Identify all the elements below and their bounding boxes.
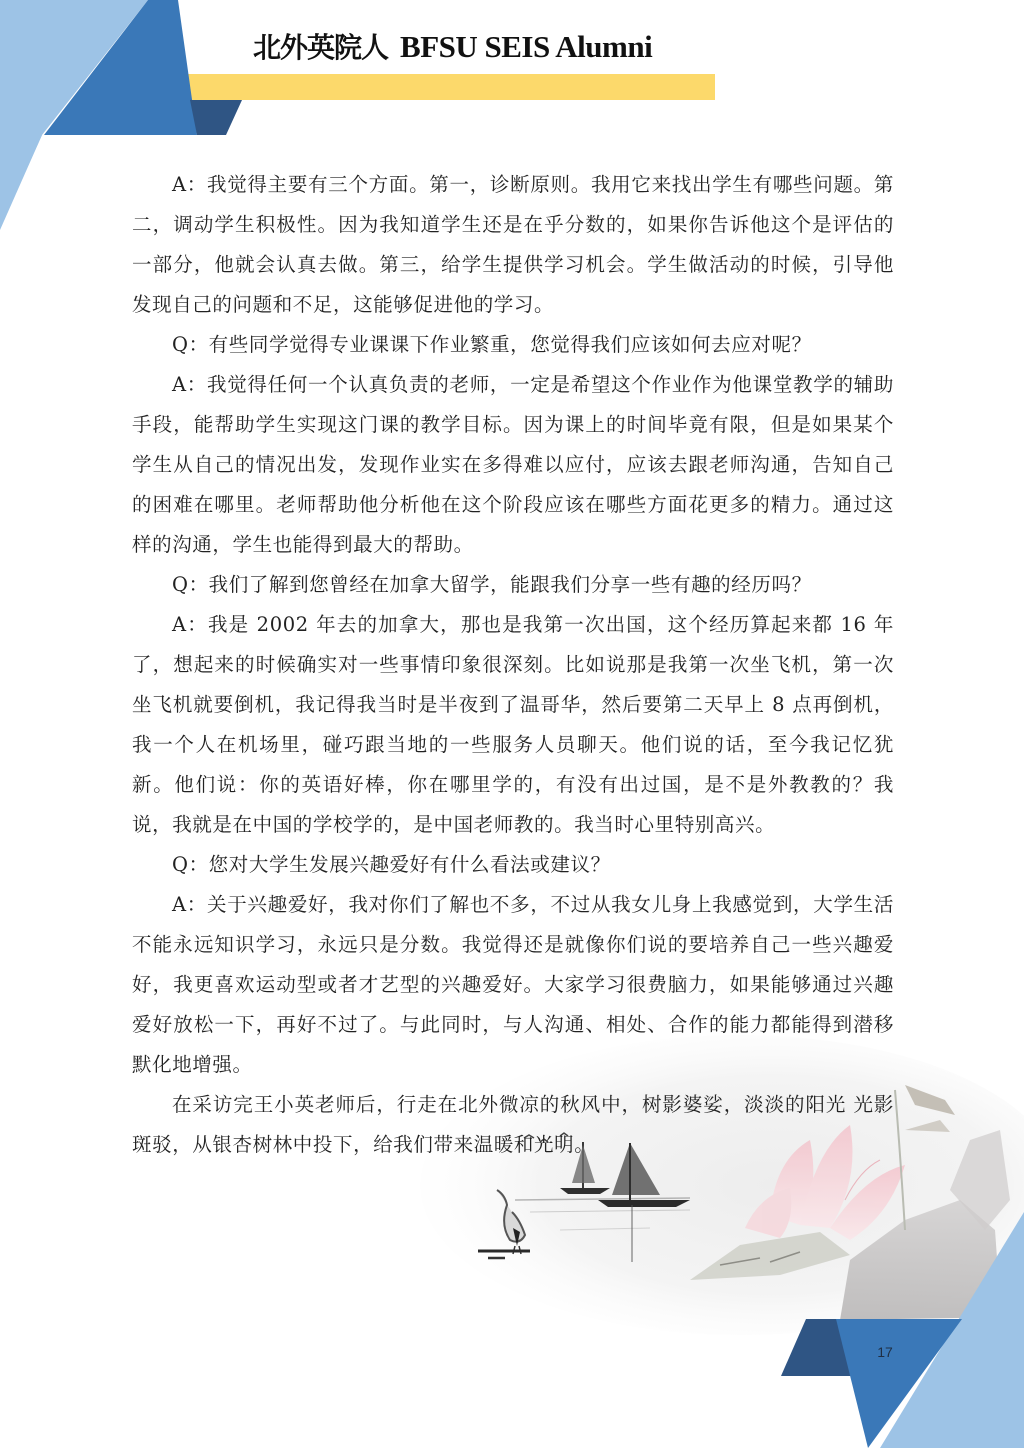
yellow-bar: [184, 74, 715, 100]
question-paragraph: Q：我们了解到您曾经在加拿大留学，能跟我们分享一些有趣的经历吗？: [132, 565, 894, 605]
publication-title: 北外英院人BFSU SEIS Alumni: [253, 26, 652, 66]
question-paragraph: Q：有些同学觉得专业课课下作业繁重，您觉得我们应该如何去应对呢？: [132, 325, 894, 365]
answer-paragraph: A：我觉得任何一个认真负责的老师，一定是希望这个作业作为他课堂教学的辅助手段，能…: [132, 365, 894, 565]
answer-paragraph: A：我觉得主要有三个方面。第一，诊断原则。我用它来找出学生有哪些问题。第二，调动…: [132, 165, 894, 325]
answer-paragraph: A：我是 2002 年去的加拿大，那也是我第一次出国，这个经历算起来都 16 年…: [132, 605, 894, 845]
title-chinese: 北外英院人: [253, 31, 388, 64]
question-paragraph: Q：您对大学生发展兴趣爱好有什么看法或建议？: [132, 845, 894, 885]
navy-trapezoid-top: [190, 100, 242, 135]
interview-article: A：我觉得主要有三个方面。第一，诊断原则。我用它来找出学生有哪些问题。第二，调动…: [132, 165, 894, 1165]
page-number: 17: [872, 1344, 898, 1360]
title-english: BFSU SEIS Alumni: [400, 29, 652, 64]
closing-paragraph: 在采访完王小英老师后，行走在北外微凉的秋风中，树影婆娑，淡淡的阳光 光影斑驳，从…: [132, 1085, 894, 1165]
answer-paragraph: A：关于兴趣爱好，我对你们了解也不多，不过从我女儿身上我感觉到，大学生活不能永远…: [132, 885, 894, 1085]
